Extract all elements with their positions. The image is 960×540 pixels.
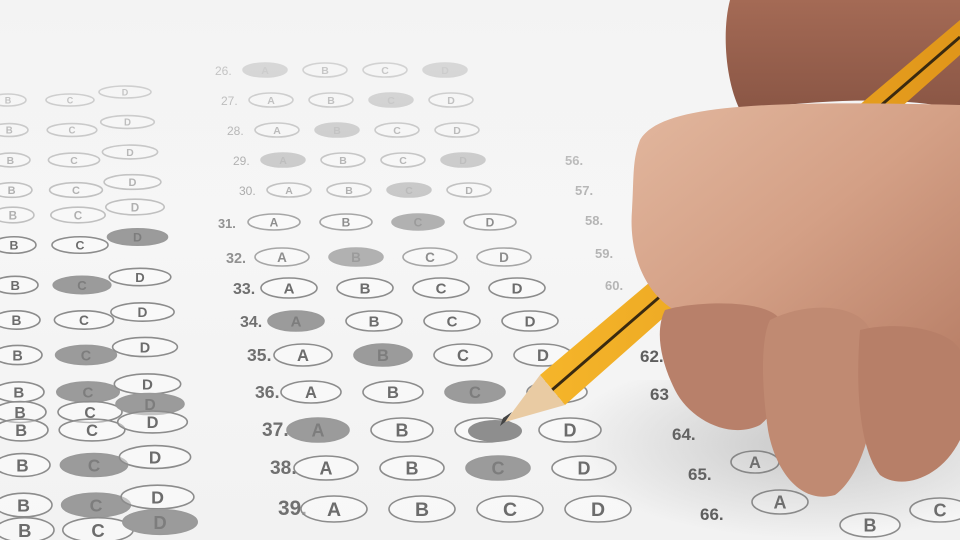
svg-text:B: B [18, 520, 31, 540]
question-number: 37. [262, 420, 289, 441]
answer-bubble-33-a[interactable]: A [261, 278, 317, 298]
svg-text:C: C [74, 209, 83, 222]
answer-bubble-left-b[interactable]: B [0, 207, 34, 223]
svg-text:C: C [67, 95, 74, 105]
answer-bubble-66-a[interactable]: A [752, 490, 808, 514]
answer-bubble-blurred[interactable]: A [267, 183, 311, 197]
svg-text:C: C [393, 125, 401, 137]
answer-sheet: 31.ABCD32.ABCD33.ABCD34.ABCD35.ABCD36.AB… [0, 0, 960, 540]
answer-bubble-38-c[interactable]: C [466, 456, 530, 480]
svg-text:C: C [469, 384, 481, 402]
svg-text:B: B [11, 313, 21, 328]
svg-text:C: C [88, 456, 100, 475]
answer-bubble-blurred[interactable]: B [327, 183, 371, 197]
svg-text:C: C [934, 501, 947, 521]
svg-text:B: B [333, 125, 341, 137]
svg-text:C: C [90, 496, 103, 516]
answer-bubble-left-c[interactable]: C [62, 493, 131, 517]
answer-bubble-left-c[interactable]: C [53, 276, 111, 293]
answer-bubble-left-c[interactable]: C [51, 207, 105, 223]
answer-bubble-39-c[interactable]: C [477, 496, 543, 522]
svg-text:C: C [492, 459, 505, 479]
answer-bubble-32-b[interactable]: B [329, 248, 383, 266]
answer-bubble-blurred[interactable]: A [243, 63, 287, 77]
svg-text:C: C [387, 95, 395, 107]
question-number: 33. [233, 281, 255, 298]
question-number-right: 62. [640, 347, 664, 366]
question-number-right: 56. [565, 153, 583, 168]
answer-bubble-left-c[interactable]: C [52, 237, 108, 254]
answer-bubble-blurred[interactable]: A [261, 153, 305, 167]
answer-bubble-66-c[interactable]: C [910, 498, 960, 522]
answer-bubble-34-b[interactable]: B [346, 311, 402, 331]
svg-text:C: C [83, 385, 94, 402]
svg-text:B: B [15, 422, 27, 440]
answer-bubble-blurred[interactable]: B [303, 63, 347, 77]
svg-text:D: D [142, 377, 153, 394]
svg-text:B: B [345, 185, 353, 197]
answer-bubble-left-d[interactable]: D [109, 268, 171, 285]
svg-text:A: A [749, 454, 761, 472]
answer-bubble-32-a[interactable]: A [255, 248, 309, 266]
question-number-blurred: 30. [239, 184, 256, 198]
svg-text:D: D [151, 488, 164, 508]
svg-text:B: B [16, 456, 28, 475]
svg-text:C: C [70, 156, 78, 167]
answer-bubble-36-c[interactable]: C [445, 381, 505, 403]
svg-text:C: C [405, 185, 413, 197]
svg-text:A: A [267, 95, 275, 107]
question-number: 34. [240, 314, 262, 331]
answer-bubble-left-d[interactable]: D [101, 116, 155, 129]
photo-scene: 31.ABCD32.ABCD33.ABCD34.ABCD35.ABCD36.AB… [0, 0, 960, 540]
svg-text:B: B [10, 239, 19, 253]
svg-text:D: D [124, 118, 131, 129]
svg-text:B: B [12, 348, 22, 364]
answer-bubble-left-b[interactable]: B [0, 454, 50, 477]
svg-text:B: B [406, 459, 419, 479]
answer-bubble-left-b[interactable]: B [0, 493, 52, 517]
answer-bubble-blurred[interactable]: C [387, 183, 431, 197]
answer-bubble-31-c[interactable]: C [392, 214, 444, 230]
answer-bubble-left-c[interactable]: C [59, 419, 125, 441]
answer-bubble-left-b[interactable]: B [0, 153, 30, 167]
svg-text:C: C [399, 155, 407, 167]
svg-text:B: B [360, 281, 371, 298]
svg-text:D: D [486, 215, 495, 229]
svg-text:B: B [351, 250, 361, 265]
question-number-right: 58. [585, 213, 603, 228]
answer-bubble-39-b[interactable]: B [389, 496, 455, 522]
svg-text:C: C [79, 313, 89, 328]
answer-bubble-blurred[interactable]: D [435, 123, 479, 137]
svg-text:C: C [72, 185, 80, 197]
svg-text:B: B [864, 516, 877, 536]
answer-bubble-left-d[interactable]: D [104, 175, 161, 190]
answer-bubble-35-d[interactable]: D [514, 344, 572, 366]
answer-bubble-31-b[interactable]: B [320, 214, 372, 230]
svg-text:D: D [149, 448, 161, 467]
svg-text:B: B [7, 156, 14, 167]
answer-bubble-left-d[interactable]: D [108, 229, 168, 246]
answer-bubble-65-a[interactable]: A [731, 451, 779, 473]
svg-text:C: C [81, 348, 91, 364]
answer-bubble-34-c[interactable]: C [424, 311, 480, 331]
answer-bubble-31-d[interactable]: D [464, 214, 516, 230]
answer-bubble-left-b[interactable]: B [0, 311, 40, 329]
answer-bubble-left-d[interactable]: D [111, 303, 174, 321]
svg-text:B: B [6, 126, 13, 137]
question-number-blurred: 29. [233, 154, 250, 168]
svg-text:B: B [321, 65, 329, 77]
answer-bubble-left-d[interactable]: D [119, 446, 190, 469]
answer-bubble-blurred[interactable]: C [381, 153, 425, 167]
svg-text:A: A [297, 347, 309, 365]
answer-bubble-37-d[interactable]: D [539, 418, 601, 442]
answer-bubble-left-c[interactable]: C [47, 124, 97, 137]
answer-bubble-left-b[interactable]: B [0, 276, 38, 293]
svg-text:A: A [320, 459, 333, 479]
svg-text:C: C [503, 499, 517, 521]
answer-bubble-31-a[interactable]: A [248, 214, 300, 230]
answer-bubble-left-c[interactable]: C [56, 345, 117, 364]
answer-bubble-left-d[interactable]: D [102, 145, 157, 159]
answer-bubble-blurred[interactable]: C [375, 123, 419, 137]
answer-bubble-36-d[interactable]: D [527, 381, 587, 403]
svg-text:A: A [261, 65, 269, 77]
answer-bubble-32-d[interactable]: D [477, 248, 531, 266]
svg-text:D: D [133, 231, 142, 245]
answer-bubble-37-b[interactable]: B [371, 418, 433, 442]
answer-bubble-38-a[interactable]: A [294, 456, 358, 480]
answer-bubble-33-c[interactable]: C [413, 278, 469, 298]
question-number-blurred: 28. [227, 124, 244, 138]
svg-text:B: B [377, 347, 389, 365]
svg-text:D: D [140, 340, 150, 356]
svg-text:C: C [69, 126, 76, 137]
answer-bubble-35-c[interactable]: C [434, 344, 492, 366]
svg-text:D: D [512, 281, 523, 298]
question-number-right: 63 [650, 385, 669, 404]
question-number: 35. [247, 345, 271, 365]
answer-bubble-left-c[interactable]: C [54, 311, 113, 329]
answer-bubble-blurred[interactable]: B [315, 123, 359, 137]
answer-bubble-left-b[interactable]: B [0, 518, 54, 540]
question-number: 38. [270, 458, 297, 479]
svg-text:B: B [17, 496, 30, 516]
svg-text:D: D [441, 65, 449, 77]
svg-text:B: B [10, 278, 19, 293]
svg-text:D: D [578, 459, 591, 479]
svg-text:D: D [465, 185, 473, 197]
svg-text:D: D [525, 314, 536, 331]
answer-bubble-left-d[interactable]: D [99, 86, 151, 98]
svg-text:B: B [369, 314, 380, 331]
answer-bubble-blurred[interactable]: A [249, 93, 293, 107]
svg-text:A: A [284, 281, 295, 298]
answer-bubble-36-b[interactable]: B [363, 381, 423, 403]
svg-text:B: B [415, 499, 429, 521]
answer-bubble-left-c[interactable]: C [48, 153, 99, 167]
question-number: 32. [226, 251, 246, 267]
answer-bubble-36-a[interactable]: A [281, 381, 341, 403]
answer-bubble-38-d[interactable]: D [552, 456, 616, 480]
svg-text:C: C [447, 314, 458, 331]
answer-bubble-left-b[interactable]: B [0, 124, 28, 137]
answer-bubble-33-b[interactable]: B [337, 278, 393, 298]
svg-text:A: A [279, 155, 287, 167]
answer-bubble-left-d[interactable]: D [118, 411, 188, 433]
svg-text:D: D [591, 499, 605, 521]
svg-text:D: D [453, 125, 461, 137]
svg-text:D: D [499, 250, 509, 265]
answer-bubble-left-b[interactable]: B [0, 419, 48, 441]
answer-bubble-left-d[interactable]: D [123, 510, 197, 535]
svg-text:B: B [13, 385, 24, 402]
answer-bubble-left-b[interactable]: B [0, 345, 42, 364]
svg-text:D: D [537, 347, 549, 365]
svg-text:B: B [387, 384, 399, 402]
svg-text:D: D [551, 384, 563, 402]
answer-bubble-blurred[interactable]: B [321, 153, 365, 167]
svg-text:A: A [277, 250, 287, 265]
answer-bubble-blurred[interactable]: D [447, 183, 491, 197]
answer-bubble-left-b[interactable]: B [0, 382, 44, 402]
question-number-blurred: 27. [221, 94, 238, 108]
svg-text:D: D [147, 414, 159, 432]
answer-bubble-blurred[interactable]: D [429, 93, 473, 107]
svg-text:B: B [5, 95, 12, 105]
answer-bubble-left-c[interactable]: C [57, 382, 119, 402]
svg-text:D: D [122, 87, 129, 97]
svg-text:C: C [414, 215, 423, 229]
svg-text:C: C [436, 281, 447, 298]
answer-bubble-left-b[interactable]: B [0, 237, 36, 254]
question-number-right: 61. [615, 310, 633, 325]
svg-text:B: B [342, 215, 351, 229]
question-number: 36. [255, 382, 279, 402]
answer-bubble-left-b[interactable]: B [0, 183, 32, 198]
svg-text:B: B [9, 209, 17, 222]
question-number-right: 65. [688, 465, 712, 484]
question-number-right: 64. [672, 425, 696, 444]
answer-bubble-33-d[interactable]: D [489, 278, 545, 298]
pencil-mark [468, 420, 522, 442]
svg-text:D: D [564, 421, 577, 441]
svg-text:C: C [381, 65, 389, 77]
answer-bubble-35-b[interactable]: B [354, 344, 412, 366]
svg-text:D: D [459, 155, 467, 167]
answer-bubble-left-d[interactable]: D [114, 374, 180, 394]
svg-text:D: D [135, 270, 144, 285]
question-number-right: 60. [605, 278, 623, 293]
answer-bubble-blurred[interactable]: C [363, 63, 407, 77]
answer-bubble-32-c[interactable]: C [403, 248, 457, 266]
svg-text:D: D [138, 305, 148, 320]
svg-text:C: C [457, 347, 469, 365]
svg-text:D: D [129, 177, 137, 189]
answer-bubble-left-c[interactable]: C [50, 183, 103, 198]
svg-text:A: A [270, 215, 279, 229]
svg-text:A: A [291, 314, 302, 331]
question-number-right: 57. [575, 183, 593, 198]
answer-bubble-left-b[interactable]: B [0, 94, 26, 106]
answer-bubble-blurred[interactable]: C [369, 93, 413, 107]
answer-bubble-34-a[interactable]: A [268, 311, 324, 331]
question-number-right: 59. [595, 246, 613, 261]
svg-text:B: B [327, 95, 335, 107]
answer-bubble-66-b[interactable]: B [840, 513, 900, 537]
answer-bubble-blurred[interactable]: A [255, 123, 299, 137]
svg-text:A: A [327, 499, 341, 521]
answer-bubble-left-d[interactable]: D [113, 337, 178, 356]
question-number: 31. [218, 216, 236, 231]
svg-text:B: B [339, 155, 347, 167]
svg-text:D: D [131, 201, 139, 214]
answer-bubble-left-c[interactable]: C [46, 94, 94, 106]
svg-text:D: D [126, 148, 134, 159]
svg-text:C: C [91, 520, 104, 540]
svg-text:A: A [312, 421, 325, 441]
svg-text:C: C [425, 250, 435, 265]
svg-text:A: A [774, 493, 787, 513]
svg-text:B: B [8, 185, 16, 197]
answer-bubble-39-a[interactable]: A [301, 496, 367, 522]
svg-text:A: A [285, 185, 293, 197]
answer-bubble-37-a[interactable]: A [287, 418, 349, 442]
answer-bubble-blurred[interactable]: B [309, 93, 353, 107]
svg-text:C: C [76, 239, 85, 253]
answer-bubble-35-a[interactable]: A [274, 344, 332, 366]
svg-text:C: C [86, 422, 98, 440]
svg-text:C: C [77, 278, 87, 293]
svg-text:D: D [153, 512, 166, 533]
answer-bubble-blurred[interactable]: D [423, 63, 467, 77]
answer-bubble-left-d[interactable]: D [106, 199, 164, 215]
svg-text:B: B [396, 421, 409, 441]
answer-bubble-left-c[interactable]: C [60, 454, 127, 477]
answer-bubble-38-b[interactable]: B [380, 456, 444, 480]
question-number-blurred: 26. [215, 64, 232, 78]
answer-bubble-left-d[interactable]: D [121, 485, 194, 509]
svg-text:A: A [273, 125, 281, 137]
svg-text:D: D [447, 95, 455, 107]
answer-bubble-34-d[interactable]: D [502, 311, 558, 331]
answer-bubble-39-d[interactable]: D [565, 496, 631, 522]
answer-bubble-blurred[interactable]: D [441, 153, 485, 167]
question-number-right: 66. [700, 505, 724, 524]
svg-text:A: A [305, 384, 317, 402]
